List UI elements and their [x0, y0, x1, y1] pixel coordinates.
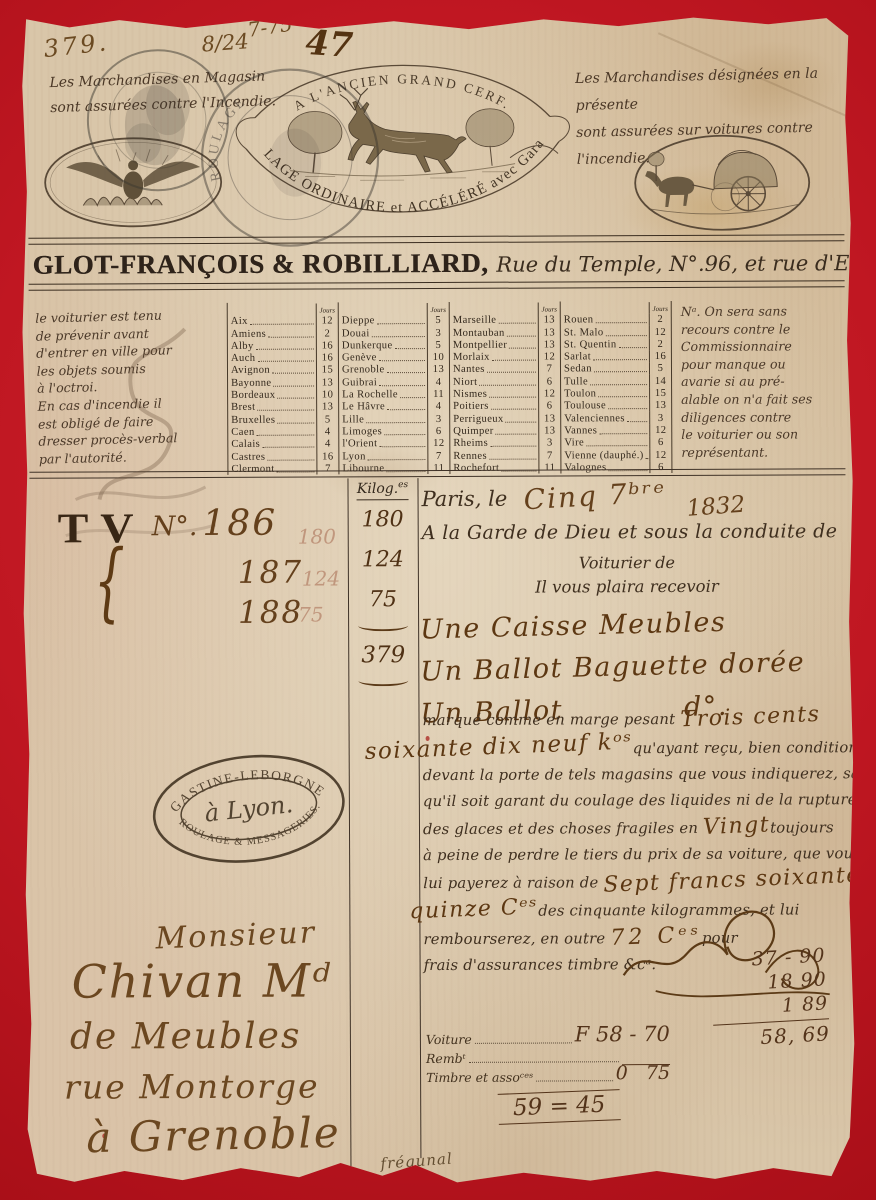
- journey-days: 16: [316, 339, 338, 351]
- dotted-leader: [646, 458, 648, 459]
- weight-column-header: Kilog.es: [348, 480, 416, 497]
- dotted-leader: [257, 435, 315, 436]
- city-name: Vienne (dauphé.): [561, 450, 643, 461]
- journey-days: 12: [649, 424, 671, 436]
- dotted-leader: [507, 335, 536, 336]
- tariff-row: Valenciennes3: [561, 411, 671, 424]
- letter-body-line: des glaces et des choses fragiles en Vin…: [423, 813, 871, 843]
- tariff-column-header: Jours: [450, 302, 560, 313]
- printed-text: toujours: [770, 819, 834, 836]
- city-name: Sarlat: [561, 352, 591, 363]
- tariff-row: Montpellier13: [450, 338, 560, 351]
- waybill-document: 379. 8/24 7-75 47 Les Marchandises en Ma…: [19, 12, 856, 1188]
- tariff-row: Douai3: [339, 326, 449, 339]
- dotted-leader: [491, 409, 536, 410]
- dotted-leader: [492, 360, 536, 361]
- charge-rows: VoitureF 58 - 70RembᵗTimbre et assoᶜᵉˢ0 …: [426, 1027, 670, 1085]
- tariff-row: l'Orient12: [339, 437, 449, 450]
- weight-value: 124: [349, 540, 417, 580]
- address-line: Chivan Mᵈ: [72, 953, 404, 1008]
- journey-days: 16: [316, 351, 338, 363]
- city-name: Marseille: [450, 315, 497, 326]
- tariff-row: Le Hâvre4: [339, 400, 449, 413]
- masthead: GLOT-FRANÇOIS & ROBILLIARD,Rue du Temple…: [28, 234, 844, 291]
- tariff-row: Lille3: [339, 412, 449, 425]
- firm-name: GLOT-FRANÇOIS & ROBILLIARD,: [32, 248, 488, 280]
- dotted-leader: [593, 359, 647, 360]
- tariff-row: Dieppe5: [339, 314, 449, 327]
- charge-row: VoitureF 58 - 70: [426, 1027, 670, 1047]
- dotted-leader: [395, 348, 425, 349]
- journey-days: 4: [316, 425, 338, 437]
- handwritten-insert: Trois cents: [680, 702, 821, 733]
- city-name: Vire: [561, 438, 584, 449]
- charges-block: VoitureF 58 - 70RembᵗTimbre et assoᶜᵉˢ0 …: [426, 1027, 670, 1123]
- charge-amount: 0 75: [616, 1062, 670, 1084]
- printed-text: rembourserez, en outre: [423, 930, 610, 948]
- tariff-row: Rouen2: [561, 313, 671, 326]
- journey-days: 16: [316, 450, 338, 462]
- handwritten-insert: quinze Cᵉˢ: [409, 894, 539, 925]
- tariff-row: Vienne (dauphé.)12: [561, 448, 671, 461]
- dotted-leader: [595, 322, 646, 323]
- tariff-row: La Rochelle11: [339, 388, 449, 401]
- city-name: Le Hâvre: [339, 402, 385, 413]
- journey-days: 13: [538, 424, 560, 436]
- city-name: Dunkerque: [339, 340, 393, 351]
- city-name: Grenoble: [339, 365, 385, 376]
- dotted-leader: [278, 398, 315, 399]
- letter-intro-line: Il vous plaira recevoir: [422, 576, 832, 597]
- journey-days: 11: [427, 388, 449, 400]
- dotted-leader: [490, 446, 536, 447]
- consignment-item-line: Une Caisse Meubles: [420, 604, 851, 646]
- dotted-leader: [599, 433, 647, 434]
- charge-amount: F 58 - 70: [575, 1022, 670, 1046]
- tariff-row: Marseille13: [450, 313, 560, 326]
- handwritten-insert: Vingt: [702, 812, 770, 841]
- margin-note-line: Commissionnaire: [681, 337, 839, 355]
- tariff-row: Perrigueux13: [450, 412, 560, 425]
- tariff-column-header: Jours: [339, 303, 449, 314]
- city-name: Niort: [450, 377, 477, 388]
- journey-days: 7: [538, 363, 560, 375]
- numero-label: N°.: [152, 511, 198, 542]
- journey-days: 6: [538, 400, 560, 412]
- margin-note-line: le voiturier ou son: [681, 425, 839, 443]
- dotted-leader: [627, 421, 647, 422]
- printed-text: qu'ayant reçu, bien conditionné: [633, 739, 876, 757]
- footer-scrawl: frégunal: [380, 1149, 453, 1172]
- city-name: Lille: [339, 414, 364, 425]
- dotted-leader: [379, 385, 425, 386]
- dotted-leader: [387, 373, 425, 374]
- dotted-leader: [256, 348, 314, 349]
- jours-header: Jours: [316, 303, 338, 314]
- journey-days: 13: [316, 376, 338, 388]
- year-handwritten: 1832: [685, 492, 745, 522]
- waybill-number-1: 186: [202, 503, 277, 544]
- journey-days: 5: [427, 314, 449, 326]
- city-name: Nismes: [450, 389, 487, 400]
- weight-total: 379: [349, 631, 417, 675]
- journey-days: 13: [649, 399, 671, 411]
- printed-text: qu'il soit garant du coulage des liquide…: [423, 791, 862, 810]
- charge-label: Voiture: [426, 1032, 472, 1047]
- dotted-leader: [496, 434, 537, 435]
- tariff-row: Poitiers6: [450, 400, 560, 413]
- printed-text: lui payerez à raison de: [423, 874, 603, 892]
- dotted-leader: [258, 410, 315, 411]
- handwritten-insert: soixante dix neuf kᵒˢ: [364, 728, 633, 765]
- waybill-number: N°. 186: [152, 503, 278, 545]
- address-line: de Meubles: [70, 1015, 404, 1057]
- margin-note-line: diligences contre: [681, 408, 839, 426]
- dotted-leader: [475, 1042, 572, 1043]
- letter-body-line: soixante dix neuf kᵒˢ qu'ayant reçu, bie…: [423, 732, 871, 763]
- city-name: Sedan: [561, 364, 592, 375]
- city-name: Limoges: [339, 426, 382, 437]
- tariff-row: Lyon7: [339, 449, 449, 462]
- letter-body-line: qu'il soit garant du coulage des liquide…: [423, 787, 871, 815]
- city-name: Genève: [339, 352, 377, 363]
- letter-body-line: devant la porte de tels magasins que vou…: [423, 761, 871, 789]
- tariff-row: Toulouse13: [561, 399, 671, 412]
- dotted-leader: [379, 360, 425, 361]
- city-name: Valenciennes: [561, 413, 625, 424]
- city-name: La Rochelle: [339, 389, 398, 400]
- sum-swash: [358, 622, 408, 631]
- letter-intro-line: Voiturier de: [422, 552, 832, 573]
- dotted-leader: [469, 1061, 619, 1063]
- journey-days: 12: [427, 437, 449, 449]
- tariff-row: Sedan5: [561, 362, 671, 375]
- tariff-row: Genève10: [339, 351, 449, 364]
- tariff-row: Rheims3: [450, 436, 560, 449]
- journey-days: 4: [316, 437, 338, 449]
- calculation-total: 58, 69: [713, 1018, 830, 1052]
- dotted-leader: [498, 323, 535, 324]
- margin-note-line: recours contre le: [681, 320, 839, 338]
- journey-days: 12: [316, 314, 338, 326]
- waybill-number-2: 187: [238, 555, 303, 591]
- dotted-leader: [268, 336, 314, 337]
- dotted-leader: [619, 347, 647, 348]
- printed-text: des glaces et des choses fragiles en: [423, 820, 703, 838]
- journey-days: 6: [538, 375, 560, 387]
- dotted-leader: [509, 347, 536, 348]
- journey-days: 12: [538, 350, 560, 362]
- firm-address: Rue du Temple, N°.96, et rue d'Enfer, N°…: [496, 251, 876, 277]
- journey-days: 3: [427, 412, 449, 424]
- city-name: Montauban: [450, 327, 505, 338]
- city-name: St. Malo: [561, 327, 604, 338]
- weight-column: Kilog.es 180 124 75 379: [348, 480, 417, 686]
- dotted-leader: [489, 397, 536, 398]
- city-name: Perrigueux: [450, 413, 504, 424]
- journey-days: 13: [538, 412, 560, 424]
- sum-swash: [358, 677, 408, 686]
- dotted-leader: [366, 422, 425, 423]
- address-line: rue Montorge: [64, 1066, 404, 1106]
- journey-days: 7: [538, 449, 560, 461]
- tariff-row: Toulon15: [561, 387, 671, 400]
- city-name: Quimper: [450, 426, 494, 437]
- letter-body-line: marqué comme en marge pesant Trois cents: [422, 704, 870, 734]
- tariff-row: Guibrai4: [339, 375, 449, 388]
- city-name: Montpellier: [450, 340, 507, 351]
- city-name: Nantes: [450, 364, 485, 375]
- journey-days: 5: [649, 362, 671, 374]
- calculation-column: 37 - 9018 901 89 58, 69: [709, 943, 831, 1051]
- dotted-leader: [384, 434, 425, 435]
- column-rule: [417, 478, 421, 1158]
- dateline: Paris, le Cinq 7ᵇʳᵉ 1832: [421, 478, 849, 513]
- journey-days: 12: [538, 387, 560, 399]
- margin-note-line: Nᵃ. On sera sans: [681, 302, 839, 320]
- margin-note-line: avarie si au pré-: [681, 373, 839, 391]
- dotted-leader: [590, 384, 647, 385]
- journey-days: 16: [649, 350, 671, 362]
- charge-row: Timbre et assoᶜᵉˢ0 75: [426, 1065, 670, 1085]
- tariff-row: St. Malo12: [561, 325, 671, 338]
- dotted-leader: [506, 421, 537, 422]
- tariff-row: Limoges6: [339, 425, 449, 438]
- round-stamp-text: ROULAGE: [206, 94, 250, 183]
- margin-note-line: représentant.: [681, 443, 839, 461]
- tariff-row: Grenoble13: [339, 363, 449, 376]
- tariff-column: JoursMarseille13Montauban13Montpellier13…: [450, 301, 562, 473]
- tariff-column-header: Jours: [561, 302, 671, 313]
- journey-days: 3: [427, 326, 449, 338]
- lyon-stamp-middle-text: à Lyon.: [203, 790, 294, 827]
- calculation-values: 37 - 9018 901 89: [709, 943, 829, 1021]
- journey-days: 5: [316, 413, 338, 425]
- printed-text: marqué comme en marge pesant: [422, 711, 680, 729]
- address-line: Monsieur: [155, 912, 404, 957]
- round-stamp-icon: ROULAGE: [195, 62, 386, 253]
- calc-amount: 1 89: [712, 991, 829, 1022]
- printed-text: devant la porte de tels magasins que vou…: [423, 765, 876, 784]
- consignee-address: MonsieurChivan Mᵈde Meublesrue Montorgeà…: [63, 916, 404, 1159]
- tariff-column: JoursRouen2St. Malo12St. Quentin2Sarlat1…: [561, 301, 673, 473]
- tariff-row: Quimper13: [450, 424, 560, 437]
- city-name: Tulle: [561, 376, 588, 387]
- journey-days: 15: [649, 387, 671, 399]
- dotted-leader: [598, 396, 647, 397]
- tariff-table: JoursAix12Amiens2Alby16Auch16Avignon15Ba…: [227, 301, 673, 475]
- city-name: Toulon: [561, 388, 596, 399]
- pencil-weight: 75: [298, 602, 324, 626]
- dotted-leader: [377, 323, 425, 324]
- consignment-item-line: Un Ballot Baguette dorée: [420, 646, 851, 688]
- tariff-row: Dunkerque5: [339, 339, 449, 352]
- journey-days: 14: [649, 374, 671, 386]
- journey-days: 15: [316, 364, 338, 376]
- journey-days: 3: [538, 436, 560, 448]
- lyon-stamp-icon: GASTINE-LEBORGNE à Lyon. ROULAGE & MESSA…: [143, 740, 355, 879]
- svg-text:ROULAGE: ROULAGE: [206, 94, 250, 183]
- jours-header: Jours: [538, 302, 560, 313]
- pencil-weight: 180: [298, 524, 336, 548]
- city-name: Douai: [339, 328, 370, 339]
- dotted-leader: [258, 361, 314, 362]
- journey-days: 6: [649, 436, 671, 448]
- journey-days: 2: [316, 327, 338, 339]
- charges-total: 59 = 45: [498, 1089, 621, 1125]
- journey-days: 6: [427, 425, 449, 437]
- city-name: Rennes: [450, 450, 487, 461]
- city-name: Rheims: [450, 438, 488, 449]
- waybill-number-3: 188: [238, 595, 303, 631]
- journey-days: 10: [316, 388, 338, 400]
- city-name: Lyon: [339, 451, 365, 462]
- journey-days: 13: [427, 363, 449, 375]
- journey-days: 13: [538, 313, 560, 325]
- jours-header: Jours: [427, 303, 449, 314]
- city-name: Rouen: [561, 315, 594, 326]
- city-name: Vannes: [561, 425, 597, 436]
- place-label: Paris, le: [422, 487, 508, 511]
- tariff-row: Vire6: [561, 436, 671, 449]
- tariff-row: Montauban13: [450, 326, 560, 339]
- tariff-row: Morlaix12: [450, 350, 560, 363]
- city-name: Poitiers: [450, 401, 489, 412]
- dotted-leader: [387, 409, 425, 410]
- dotted-leader: [400, 397, 425, 398]
- tariff-row: Rennes7: [450, 449, 560, 462]
- dotted-leader: [606, 335, 647, 336]
- journey-days: 12: [649, 325, 671, 337]
- weight-value: 180: [349, 500, 417, 540]
- city-name: Dieppe: [339, 316, 375, 327]
- journey-days: 5: [427, 339, 449, 351]
- letter-intro-line: A la Garde de Dieu et sous la conduite d…: [422, 520, 854, 544]
- dotted-leader: [536, 1080, 612, 1081]
- margin-note-line: pour manque ou: [681, 355, 839, 373]
- dotted-leader: [274, 385, 315, 386]
- tariff-row: Tulle14: [561, 374, 671, 387]
- city-name: Morlaix: [450, 352, 490, 363]
- journey-days: 12: [649, 448, 671, 460]
- right-margin-note: Nᵃ. On sera sansrecours contre leCommiss…: [681, 302, 840, 461]
- journey-days: 7: [427, 449, 449, 461]
- printed-text: à peine de perdre le tiers du prix de sa…: [423, 845, 861, 864]
- tariff-row: St. Quentin2: [561, 338, 671, 351]
- address-line: à Grenoble: [86, 1106, 405, 1162]
- cart-vignette-icon: [630, 130, 815, 236]
- dotted-leader: [368, 459, 426, 460]
- dotted-leader: [479, 384, 536, 385]
- tariff-row: Nantes7: [450, 363, 560, 376]
- dotted-leader: [489, 458, 536, 459]
- journey-days: 13: [538, 326, 560, 338]
- dotted-leader: [272, 373, 314, 374]
- charge-label: Timbre et assoᶜᵉˢ: [426, 1070, 533, 1085]
- city-name: Toulouse: [561, 401, 606, 412]
- journey-days: 4: [427, 375, 449, 387]
- pencil-weight: 124: [302, 566, 340, 590]
- city-name: St. Quentin: [561, 339, 617, 350]
- dotted-leader: [594, 372, 647, 373]
- weight-value: 75: [349, 580, 417, 620]
- dotted-leader: [267, 459, 314, 460]
- journey-days: 3: [649, 411, 671, 423]
- charge-label: Rembᵗ: [426, 1051, 466, 1066]
- city-name: Guibrai: [339, 377, 377, 388]
- dotted-leader: [250, 324, 314, 325]
- dotted-leader: [487, 372, 536, 373]
- jours-header: Jours: [649, 302, 671, 313]
- dotted-leader: [608, 408, 647, 409]
- dotted-leader: [372, 336, 425, 337]
- dotted-leader: [277, 422, 314, 423]
- journey-days: 13: [316, 401, 338, 413]
- journey-days: 4: [427, 400, 449, 412]
- dotted-leader: [586, 445, 647, 446]
- date-handwritten: Cinq 7ᵇʳᵉ: [522, 475, 666, 516]
- tariff-row: Sarlat16: [561, 350, 671, 363]
- journey-days: 13: [538, 338, 560, 350]
- dotted-leader: [262, 447, 314, 448]
- journey-days: 10: [427, 351, 449, 363]
- dotted-leader: [379, 446, 425, 447]
- journey-days: 2: [649, 338, 671, 350]
- city-name: l'Orient: [339, 439, 377, 450]
- brace-mark: {: [93, 531, 125, 633]
- tariff-row: Vannes12: [561, 424, 671, 437]
- tariff-row: Niort6: [450, 375, 560, 388]
- tariff-column: JoursDieppe5Douai3Dunkerque5Genève10Gren…: [339, 302, 451, 474]
- insurance-note-line: Les Marchandises désignées en la présent…: [575, 60, 868, 120]
- tariff-row: Nismes12: [450, 387, 560, 400]
- journey-days: 2: [649, 313, 671, 325]
- margin-note-line: alable on n'a fait ses: [681, 390, 839, 408]
